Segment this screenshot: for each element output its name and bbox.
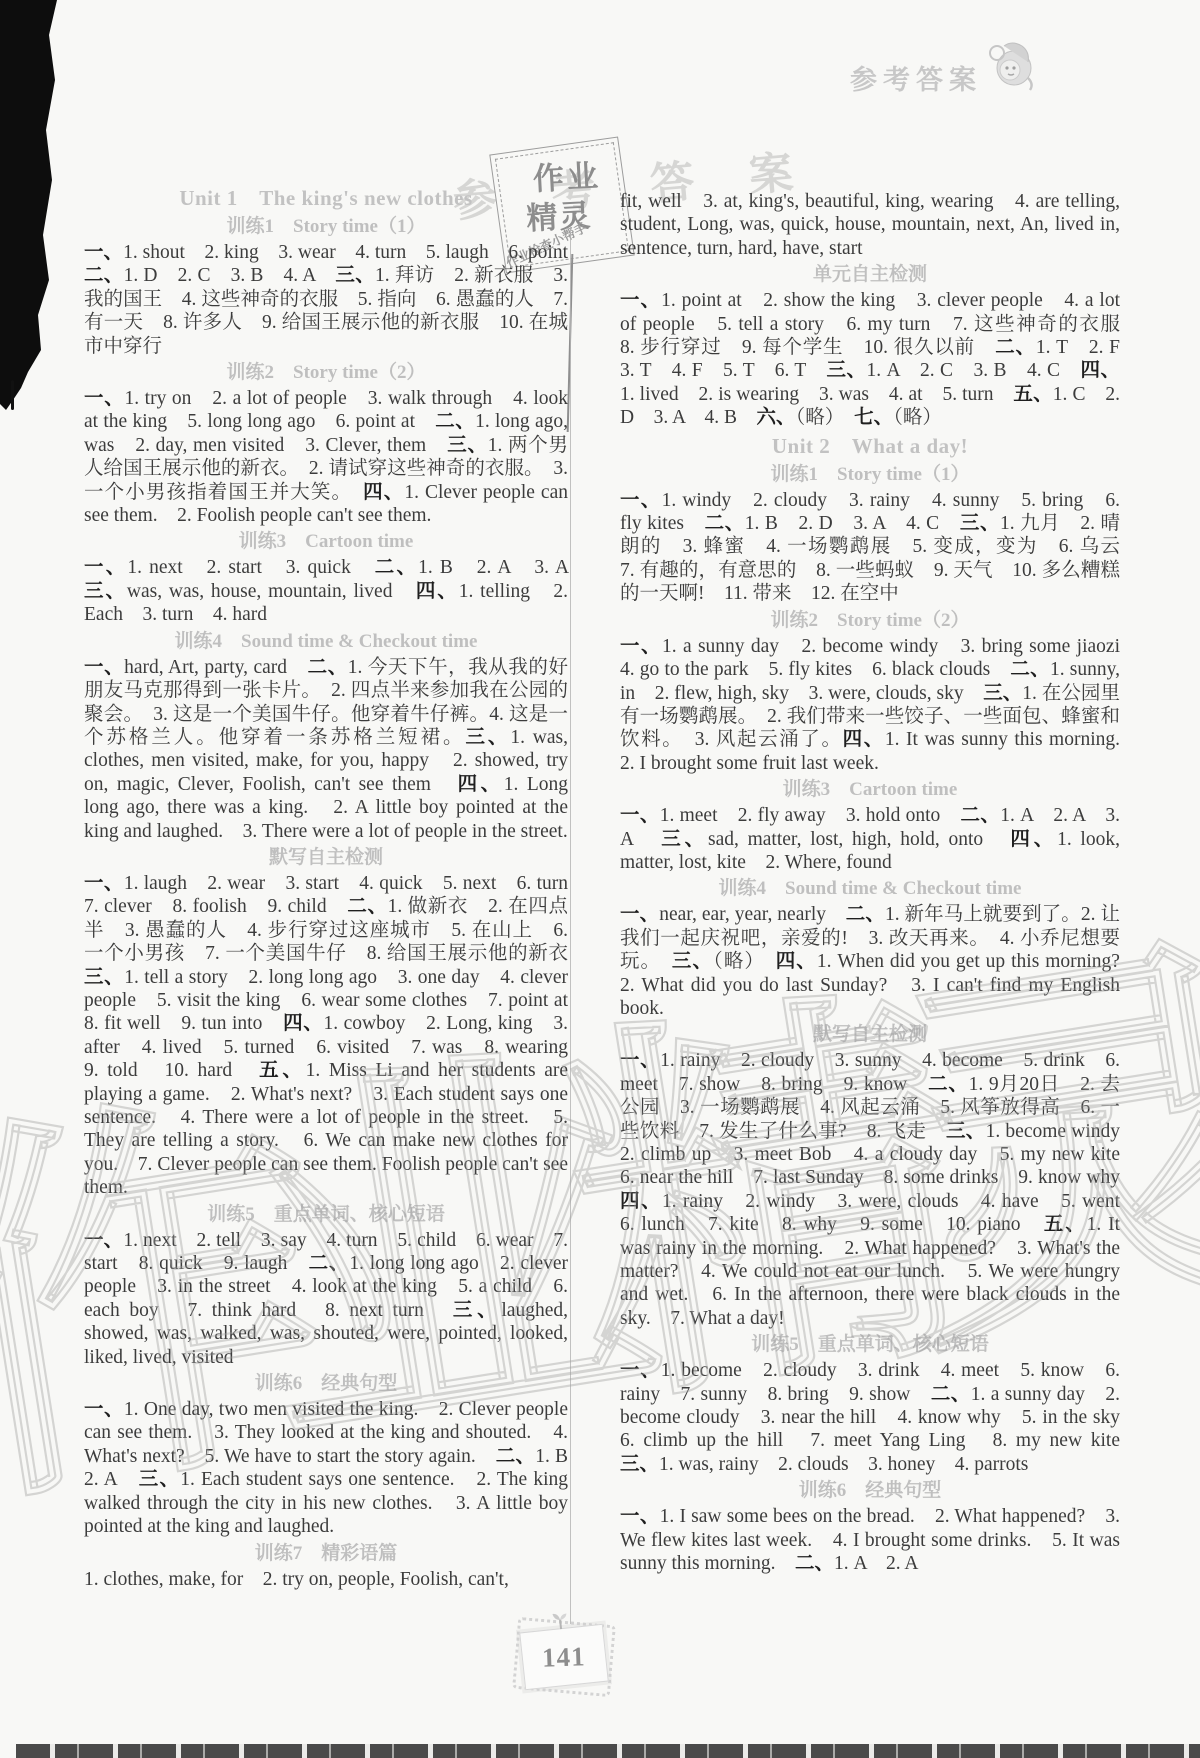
- sprout-icon: [549, 1610, 571, 1630]
- section-heading: 默写自主检测: [84, 845, 568, 870]
- section-heading: 训练4 Sound time & Checkout time: [84, 629, 568, 654]
- section-heading: 训练3 Cartoon time: [620, 777, 1120, 802]
- section-heading: 训练6 经典句型: [84, 1371, 568, 1396]
- answer-paragraph: 1. clothes, make, for 2. try on, people,…: [84, 1568, 568, 1591]
- answer-paragraph: 一、1. shout 2. king 3. wear 4. turn 5. la…: [84, 241, 568, 358]
- page-number: 141: [542, 1641, 587, 1673]
- answer-paragraph: 一、1. a sunny day 2. become windy 3. brin…: [620, 635, 1120, 775]
- column-divider: [570, 228, 571, 1624]
- section-heading: 训练2 Story time（2）: [84, 360, 568, 385]
- section-heading: 训练7 精彩语篇: [84, 1541, 568, 1566]
- section-heading: 默写自主检测: [620, 1022, 1120, 1047]
- answer-paragraph: 一、1. One day, two men visited the king. …: [84, 1398, 568, 1538]
- answer-paragraph: 一、1. rainy 2. cloudy 3. sunny 4. become …: [620, 1049, 1120, 1330]
- section-heading: 训练1 Story time（1）: [84, 214, 568, 239]
- answer-paragraph: 一、1. point at 2. show the king 3. clever…: [620, 289, 1120, 429]
- answer-paragraph: fit, well 3. at, king's, beautiful, king…: [620, 190, 1120, 260]
- answer-paragraph: 一、1. meet 2. fly away 3. hold onto 二、1. …: [620, 804, 1120, 874]
- answers-column-left: Unit 1 The king's new clothes训练1 Story t…: [84, 182, 568, 1591]
- answer-paragraph: 一、1. I saw some bees on the bread. 2. Wh…: [620, 1505, 1120, 1575]
- answers-column-right: fit, well 3. at, king's, beautiful, king…: [620, 190, 1120, 1576]
- section-heading: 单元自主检测: [620, 262, 1120, 287]
- page-number-badge: 141: [517, 1622, 611, 1693]
- answer-paragraph: 一、1. become 2. cloudy 3. drink 4. meet 5…: [620, 1359, 1120, 1476]
- section-heading: 训练1 Story time（1）: [620, 462, 1120, 487]
- scan-bottom-edge: [16, 1744, 1200, 1758]
- answer-paragraph: 一、1. windy 2. cloudy 3. rainy 4. sunny 5…: [620, 489, 1120, 606]
- answer-paragraph: 一、1. next 2. start 3. quick 二、1. B 2. A …: [84, 556, 568, 626]
- unit-title: Unit 1 The king's new clothes: [84, 185, 568, 212]
- badge-card: 141: [519, 1624, 609, 1690]
- answer-paragraph: 一、1. next 2. tell 3. say 4. turn 5. chil…: [84, 1229, 568, 1369]
- answer-paragraph: 一、near, ear, year, nearly 二、1. 新年马上就要到了。…: [620, 903, 1120, 1020]
- section-heading: 训练5 重点单词、核心短语: [620, 1332, 1120, 1357]
- section-heading: 训练6 经典句型: [620, 1478, 1120, 1503]
- page-title: 参考答案: [850, 58, 982, 97]
- answer-key-page: 参考答案 参 考 答 案 作业 精灵 作业检查小帮手 Unit 1 The ki…: [0, 0, 1200, 1758]
- answer-paragraph: 一、1. laugh 2. wear 3. start 4. quick 5. …: [84, 872, 568, 1200]
- answer-paragraph: 一、hard, Art, party, card 二、1. 今天下午，我从我的好…: [84, 656, 568, 843]
- section-heading: 训练3 Cartoon time: [84, 529, 568, 554]
- section-heading: 训练5 重点单词、核心短语: [84, 1202, 568, 1227]
- answer-paragraph: 一、1. try on 2. a lot of people 3. walk t…: [84, 387, 568, 527]
- section-heading: 训练4 Sound time & Checkout time: [620, 876, 1120, 901]
- section-heading: 训练2 Story time（2）: [620, 608, 1120, 633]
- scan-torn-edge: [0, 0, 70, 420]
- unit-title: Unit 2 What a day!: [620, 433, 1120, 460]
- monkey-mascot-icon: [984, 38, 1038, 96]
